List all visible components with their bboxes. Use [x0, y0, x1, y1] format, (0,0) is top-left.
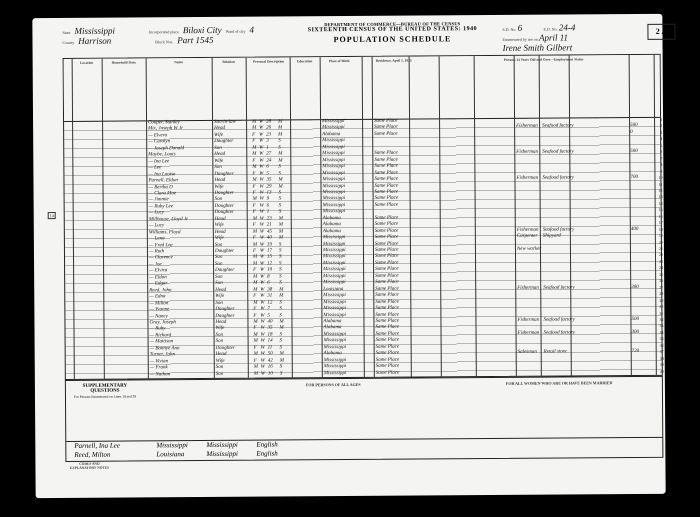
cell-name: — Lee [148, 165, 161, 170]
cell-birthplace: Mississippi [322, 184, 345, 189]
cell-age: 9 [267, 197, 270, 202]
cell-birthplace: Mississippi [323, 261, 346, 266]
cell-sex: M [252, 126, 256, 131]
cell-relation: Wife [214, 184, 223, 189]
line-number: 35 [660, 336, 664, 341]
cell-name: — Carolyn [148, 140, 170, 145]
cell-residence-1935: Same Place [375, 196, 399, 201]
cell-age: 24 [266, 158, 271, 163]
cell-race: W [259, 178, 263, 183]
cell-industry: Shipyard [543, 234, 561, 239]
cell-occupation: New worker [517, 247, 541, 252]
line-number: 10 [658, 175, 662, 180]
cell-age: 21 [267, 223, 272, 228]
supplementary-questions: SUPPLEMENTARY QUESTIONS For Persons Enum… [65, 376, 664, 462]
cell-sex: F [253, 203, 256, 208]
cell-residence-1935: Same Place [375, 312, 399, 317]
cell-sex: F [253, 223, 256, 228]
cell-marital: S [279, 307, 282, 312]
cell-age: 38 [267, 287, 272, 292]
cell-marital: M [279, 223, 283, 228]
cell-race: W [261, 352, 265, 357]
cell-birthplace: Louisiana [323, 287, 343, 292]
cell-residence-1935: Same Place [375, 228, 399, 233]
cell-relation: Head [216, 352, 227, 357]
cell-birthplace: Mississippi [324, 371, 347, 376]
cell-income: 500 [631, 317, 639, 322]
cell-age: 15 [267, 255, 272, 260]
cell-birthplace: Alabama [323, 229, 341, 234]
cell-birthplace: Mississippi [322, 145, 345, 150]
cell-race: W [260, 313, 264, 318]
cell-name: Cooper, Stanley [148, 120, 180, 125]
cell-age: 6 [267, 281, 270, 286]
cell-marital: S [279, 203, 282, 208]
cell-birthplace: Alabama [323, 325, 341, 330]
line-number: 20 [659, 239, 663, 244]
cell-marital: S [279, 197, 282, 202]
cell-marital: M [280, 358, 284, 363]
supp-row-1-name: Parnell, Ina Lee [74, 442, 120, 450]
col-group-birthplace: Place of Birth [322, 59, 357, 63]
cell-occupation: Carpenter [517, 234, 538, 239]
cell-sex: F [253, 326, 256, 331]
cell-birthplace: Alabama [324, 351, 342, 356]
cell-birthplace: Alabama [323, 319, 341, 324]
cell-race: W [259, 158, 263, 163]
cell-sex: M [253, 281, 257, 286]
cell-sex: M [254, 371, 258, 376]
cell-age: 35 [267, 326, 272, 331]
cell-marital: M [278, 119, 282, 124]
cell-marital: M [279, 216, 283, 221]
cell-birthplace: Mississippi [324, 338, 347, 343]
cell-birthplace: Mississippi [322, 164, 345, 169]
cell-sex: M [253, 320, 257, 325]
cell-marital: S [280, 339, 283, 344]
cell-race: W [260, 320, 264, 325]
cell-name: — Nancy [149, 314, 168, 319]
cell-relation: Son [215, 255, 223, 260]
line-number: 36 [660, 343, 664, 348]
cell-relation: Daughter [215, 249, 234, 254]
county-value: Harrison [78, 36, 111, 46]
cell-relation: Daughter [215, 268, 234, 273]
cell-sex: F [252, 184, 255, 189]
cell-sex: M [254, 352, 258, 357]
cell-age: 23 [267, 216, 272, 221]
cell-residence-1935: Same Place [375, 293, 399, 298]
cell-name: Mix, Joseph W Jr [148, 127, 183, 132]
cell-birthplace: Mississippi [322, 138, 345, 143]
cell-sex: M [252, 165, 256, 170]
section-all-ages: FOR PERSONS OF ALL AGES [306, 382, 361, 387]
line-number: 37 [660, 349, 664, 354]
cell-industry: Seafood factory [543, 317, 575, 322]
cell-industry: Seafood factory [543, 285, 575, 290]
col-group-location: Location [72, 61, 102, 65]
ward-label: Ward of city [226, 29, 246, 34]
census-sheet: StateMississippi Incorporated placeBilox… [32, 14, 665, 498]
cell-income: 500 [630, 123, 638, 128]
cell-relation: Wife [215, 236, 224, 241]
cell-marital: M [278, 158, 282, 163]
col-group-education: Education [290, 59, 320, 63]
col-group-relation: Relation [214, 60, 244, 64]
cell-income: 700 [630, 175, 638, 180]
cell-sex: M [253, 197, 257, 202]
cell-name: — Ruby Lee [149, 204, 173, 209]
cell-birthplace: Mississippi [323, 190, 346, 195]
cell-name: — Elvera [148, 133, 167, 138]
line-number: 23 [659, 259, 663, 264]
cell-relation: Wife [215, 326, 224, 331]
cell-sex: M [252, 120, 256, 125]
cell-race: W [260, 216, 264, 221]
cell-name: — Bertha D [148, 185, 172, 190]
cell-race: W [260, 223, 264, 228]
cell-race: W [259, 132, 263, 137]
cell-marital: S [278, 171, 281, 176]
line-number: 6 [660, 149, 662, 154]
cell-residence-1935: Same Place [374, 177, 398, 182]
cell-marital: M [279, 319, 283, 324]
cell-birthplace: Mississippi [322, 171, 345, 176]
cell-relation: Daughter [215, 210, 234, 215]
cell-marital: M [279, 236, 283, 241]
line-number: 15 [659, 207, 663, 212]
cell-marital: S [279, 281, 282, 286]
cell-residence-1935: Same Place [375, 248, 399, 253]
cell-race: W [260, 294, 264, 299]
line-number: 12 [659, 188, 663, 193]
cell-residence-1935: Same Place [375, 306, 399, 311]
line-number: 24 [659, 265, 663, 270]
supp-row-2-mother: Mississippi [206, 450, 238, 458]
cell-marital: M [278, 184, 282, 189]
cell-name: — Clara Mae [149, 191, 177, 196]
cell-relation: Daughter [214, 139, 233, 144]
supp-row-2-father: Louisiana [156, 450, 184, 458]
cell-name: — Lucy [149, 211, 164, 216]
cell-name: Maybe, Louis [148, 152, 175, 157]
cell-age: 16 [268, 365, 273, 370]
line-number: 25 [659, 272, 663, 277]
cell-relation: Head [214, 178, 225, 183]
cell-race: W [260, 203, 264, 208]
cell-birthplace: Mississippi [324, 345, 347, 350]
cell-occupation: Fisherman [517, 285, 539, 290]
cell-sex: F [253, 313, 256, 318]
state-value: Mississippi [74, 26, 115, 36]
cell-marital: S [278, 145, 281, 150]
ed-value: 24-4 [559, 22, 576, 32]
line-number: 39 [660, 362, 664, 367]
line-number: 13 [659, 194, 663, 199]
cell-name: — Elvira [149, 269, 167, 274]
cell-residence-1935: Same Place [375, 190, 399, 195]
cell-relation: Son-in-law [214, 120, 236, 125]
cell-name: — Clarence [149, 256, 173, 261]
table-rows: Cooper, StanleySon-in-lawMW28MMississipp… [64, 117, 662, 379]
cell-sex: F [252, 171, 255, 176]
cell-marital: S [278, 139, 281, 144]
cell-sex: F [253, 191, 256, 196]
line-number: 18 [659, 226, 663, 231]
cell-race: W [261, 371, 265, 376]
cell-relation: Wife [214, 133, 223, 138]
cell-sex: F [253, 307, 256, 312]
cell-race: W [260, 236, 264, 241]
cell-marital: M [278, 126, 282, 131]
cell-sex: M [253, 300, 257, 305]
cell-race: W [260, 326, 264, 331]
cell-marital: S [279, 190, 282, 195]
cell-race: W [261, 345, 265, 350]
cell-race: W [260, 197, 264, 202]
cell-residence-1935: Same Place [375, 215, 399, 220]
cell-relation: Head [215, 288, 226, 293]
cell-income: 400 [631, 227, 639, 232]
cell-race: W [261, 358, 265, 363]
cell-relation: Son [216, 333, 224, 338]
cell-age: 6 [266, 165, 269, 170]
cell-age: 28 [266, 120, 271, 125]
cell-relation: Daughter [215, 307, 234, 312]
sheet-title-block: DEPARTMENT OF COMMERCE—BUREAU OF THE CEN… [302, 21, 482, 44]
cell-sex: M [254, 365, 258, 370]
cell-relation: Daughter [215, 204, 234, 209]
cell-residence-1935: Same Place [376, 370, 400, 375]
cell-sex: M [253, 262, 257, 267]
cell-sex: F [253, 236, 256, 241]
cell-marital: M [279, 326, 283, 331]
supp-row-2-name: Reed, Milton [74, 451, 110, 459]
cell-income: 0 [630, 130, 633, 135]
line-number: 5 [660, 143, 662, 148]
cell-birthplace: Mississippi [323, 280, 346, 285]
cell-age: 50 [268, 352, 273, 357]
place-label: Incorporated place [149, 29, 179, 34]
cell-income: 300 [631, 285, 639, 290]
cell-birthplace: Mississippi [323, 267, 346, 272]
cell-income: 300 [632, 330, 640, 335]
cell-sex: M [253, 216, 257, 221]
cell-age: 27 [266, 152, 271, 157]
cell-birthplace: Mississippi [323, 196, 346, 201]
sheet-header-right: S.D. No. 6 E.D. No. 24-4 Enumerated by m… [502, 22, 575, 53]
cell-residence-1935: Same Place [375, 235, 399, 240]
cell-marital: S [279, 313, 282, 318]
line-number: 34 [660, 330, 664, 335]
cell-birthplace: Mississippi [322, 177, 345, 182]
cell-marital: S [280, 332, 283, 337]
cell-race: W [260, 281, 264, 286]
enumerator-signature: Irene Smith Gilbert [503, 42, 573, 52]
sheet-header-left: StateMississippi Incorporated placeBilox… [62, 25, 254, 46]
cell-race: W [260, 274, 264, 279]
cell-name: — Mattison [150, 340, 174, 345]
cell-occupation: Fisherman [516, 124, 538, 129]
cell-sex: F [253, 268, 256, 273]
cell-occupation: Fisherman [517, 227, 539, 232]
cell-race: W [259, 126, 263, 131]
cell-race: W [260, 300, 264, 305]
cell-relation: Son [216, 365, 224, 370]
cell-residence-1935: Same Place [375, 319, 399, 324]
cell-sex: F [254, 345, 257, 350]
cell-age: 14 [268, 339, 273, 344]
cell-race: W [260, 287, 264, 292]
cell-relation: Wife [215, 294, 224, 299]
cell-occupation: Fisherman [517, 318, 539, 323]
cell-sex: M [253, 274, 257, 279]
state-label: State [62, 30, 70, 35]
cell-race: W [261, 365, 265, 370]
cell-marital: S [279, 210, 282, 215]
cell-birthplace: Mississippi [324, 358, 347, 363]
supp-row-2-tongue: English [256, 450, 277, 458]
cell-age: 23 [266, 132, 271, 137]
cell-birthplace: Mississippi [323, 235, 346, 240]
cell-race: W [261, 332, 265, 337]
cell-marital: S [279, 274, 282, 279]
line-number: 17 [659, 220, 663, 225]
cell-relation: Son [215, 242, 223, 247]
cell-income: 720 [632, 349, 640, 354]
cell-age: 1 [266, 145, 269, 150]
cell-race: W [260, 307, 264, 312]
cell-birthplace: Mississippi [323, 274, 346, 279]
cell-relation: Daughter [214, 171, 233, 176]
cell-name: — Jimmie [149, 198, 169, 203]
cell-birthplace: Mississippi [322, 158, 345, 163]
cell-race: W [259, 145, 263, 150]
supp-row-1-tongue: English [256, 441, 277, 449]
cell-race: W [259, 120, 263, 125]
line-number: 1 [660, 117, 662, 122]
cell-residence-1935: Same Place [374, 157, 398, 162]
line-number: 29 [659, 297, 663, 302]
cell-birthplace: Mississippi [323, 300, 346, 305]
supp-row-1-father: Mississippi [156, 441, 188, 449]
col-group-household: Household Data [104, 60, 144, 64]
cell-relation: Head [215, 217, 226, 222]
line-number: 33 [659, 323, 663, 328]
cell-sex: M [253, 287, 257, 292]
cell-marital: M [278, 132, 282, 137]
cell-name: Millhouse, Lloyd Jr [149, 217, 188, 222]
cell-race: W [260, 229, 264, 234]
line-number: 38 [660, 355, 664, 360]
cell-industry: Seafood factory [542, 175, 574, 180]
census-line: SIXTEENTH CENSUS OF THE UNITED STATES: 1… [302, 26, 482, 33]
cell-sex: F [253, 210, 256, 215]
cell-relation: Daughter [216, 346, 235, 351]
cell-age: 40 [267, 236, 272, 241]
cell-age: 3 [266, 139, 269, 144]
supplementary-subtitle: For Persons Enumerated on Lines 14 and 2… [70, 394, 140, 398]
cell-birthplace: Alabama [322, 132, 340, 137]
cell-relation: Head [214, 152, 225, 157]
cell-age: 13 [267, 190, 272, 195]
cell-name: Reed, John [149, 288, 171, 293]
line-number: 11 [659, 181, 663, 186]
cell-marital: M [278, 152, 282, 157]
cell-birthplace: Mississippi [323, 293, 346, 298]
cell-race: W [260, 242, 264, 247]
section-women: FOR ALL WOMEN WHO ARE OR HAVE BEEN MARRI… [506, 380, 613, 386]
cell-name: — Eldon [149, 275, 167, 280]
cell-marital: S [280, 371, 283, 376]
cell-age: 42 [268, 358, 273, 363]
line-number: 21 [659, 246, 663, 251]
cell-relation: Wife [216, 359, 225, 364]
cell-sex: F [252, 133, 255, 138]
cell-residence-1935: Same Place [375, 261, 399, 266]
cell-name: — Yvonne [149, 307, 169, 312]
cell-race: W [259, 152, 263, 157]
cell-relation: Wife [215, 223, 224, 228]
cell-residence-1935: Same Place [375, 222, 399, 227]
cell-relation: Son [214, 165, 222, 170]
line-number: 7 [660, 155, 662, 160]
cell-name: Gray, Joseph [149, 320, 175, 325]
cell-relation: Son [216, 371, 224, 376]
cell-race: W [260, 210, 264, 215]
cell-sex: M [253, 242, 257, 247]
cell-birthplace: Mississippi [323, 209, 346, 214]
cell-marital: S [279, 268, 282, 273]
cell-marital: M [279, 287, 283, 292]
supplementary-title: SUPPLEMENTARY QUESTIONS [70, 383, 140, 393]
cell-residence-1935: Same Place [374, 151, 398, 156]
cell-marital: S [279, 261, 282, 266]
footer-title: CODES AND EXPLANATORY NOTES [69, 462, 109, 470]
cell-industry: Retail store [544, 350, 567, 355]
line-number: 28 [659, 291, 663, 296]
cell-name: Williams, Floyd [149, 230, 181, 235]
cell-sex: M [252, 152, 256, 157]
cell-age: 5 [267, 313, 270, 318]
cell-age: 12 [267, 261, 272, 266]
cell-sex: F [254, 358, 257, 363]
line-number: 27 [659, 284, 663, 289]
cell-birthplace: Mississippi [322, 125, 345, 130]
cell-race: W [260, 249, 264, 254]
cell-marital: S [279, 248, 282, 253]
line-number: 31 [659, 310, 663, 315]
col-group-name: Name [149, 60, 209, 64]
cell-relation: Head [215, 320, 226, 325]
col-group-personal: Personal Description [249, 59, 289, 63]
line-number: 19 [659, 233, 663, 238]
cell-residence-1935: Same Place [374, 164, 398, 169]
cell-race: W [260, 255, 264, 260]
cell-relation: Son [215, 300, 223, 305]
cell-birthplace: Mississippi [322, 151, 345, 156]
cell-name: — Ruth [149, 249, 164, 254]
cell-name: — Lucy [149, 223, 164, 228]
population-table: Location Household Data Name Relation Pe… [63, 54, 663, 380]
cell-marital: M [279, 294, 283, 299]
cell-age: 40 [267, 319, 272, 324]
cell-marital: S [279, 300, 282, 305]
line-number: 3 [660, 130, 662, 135]
cell-birthplace: Mississippi [324, 332, 347, 337]
cell-residence-1935: Same Place [375, 273, 399, 278]
cell-age: 17 [267, 249, 272, 254]
